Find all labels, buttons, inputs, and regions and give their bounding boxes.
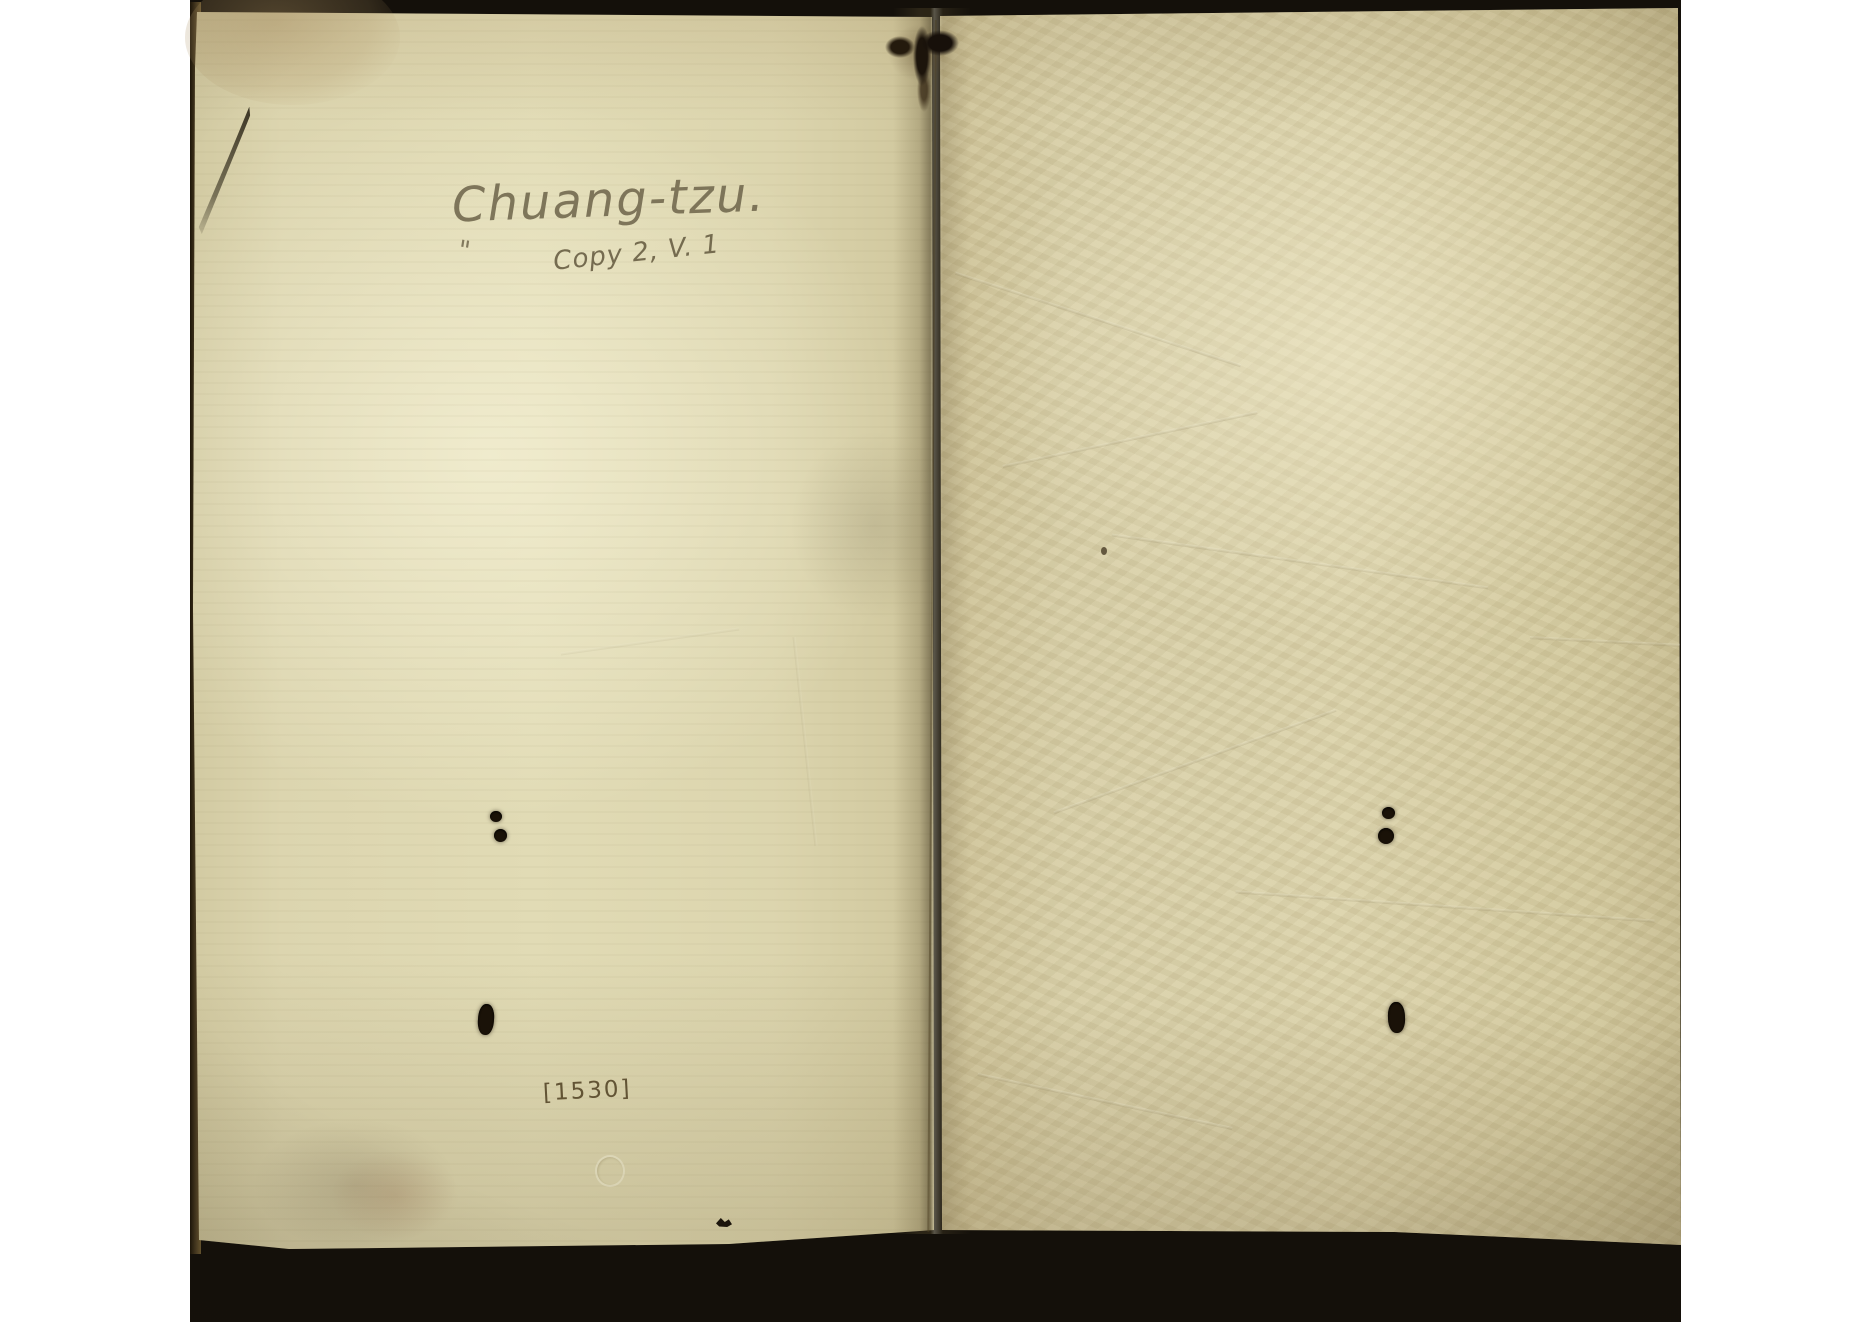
ink-speck [1101, 547, 1107, 555]
accession-number: [1530] [542, 1076, 632, 1107]
scan-canvas: Chuang-tzu. " Copy 2, V. 1 [1530] [0, 0, 1871, 1322]
binding-hole [494, 829, 507, 842]
embossed-stamp [595, 1155, 625, 1187]
right-page [934, 6, 1681, 1252]
binding-hole [1378, 828, 1394, 844]
binding-hole [1382, 807, 1395, 819]
binding-hole [1387, 1002, 1405, 1034]
handwritten-title: Chuang-tzu. [451, 167, 766, 234]
binding-hole [490, 811, 502, 822]
